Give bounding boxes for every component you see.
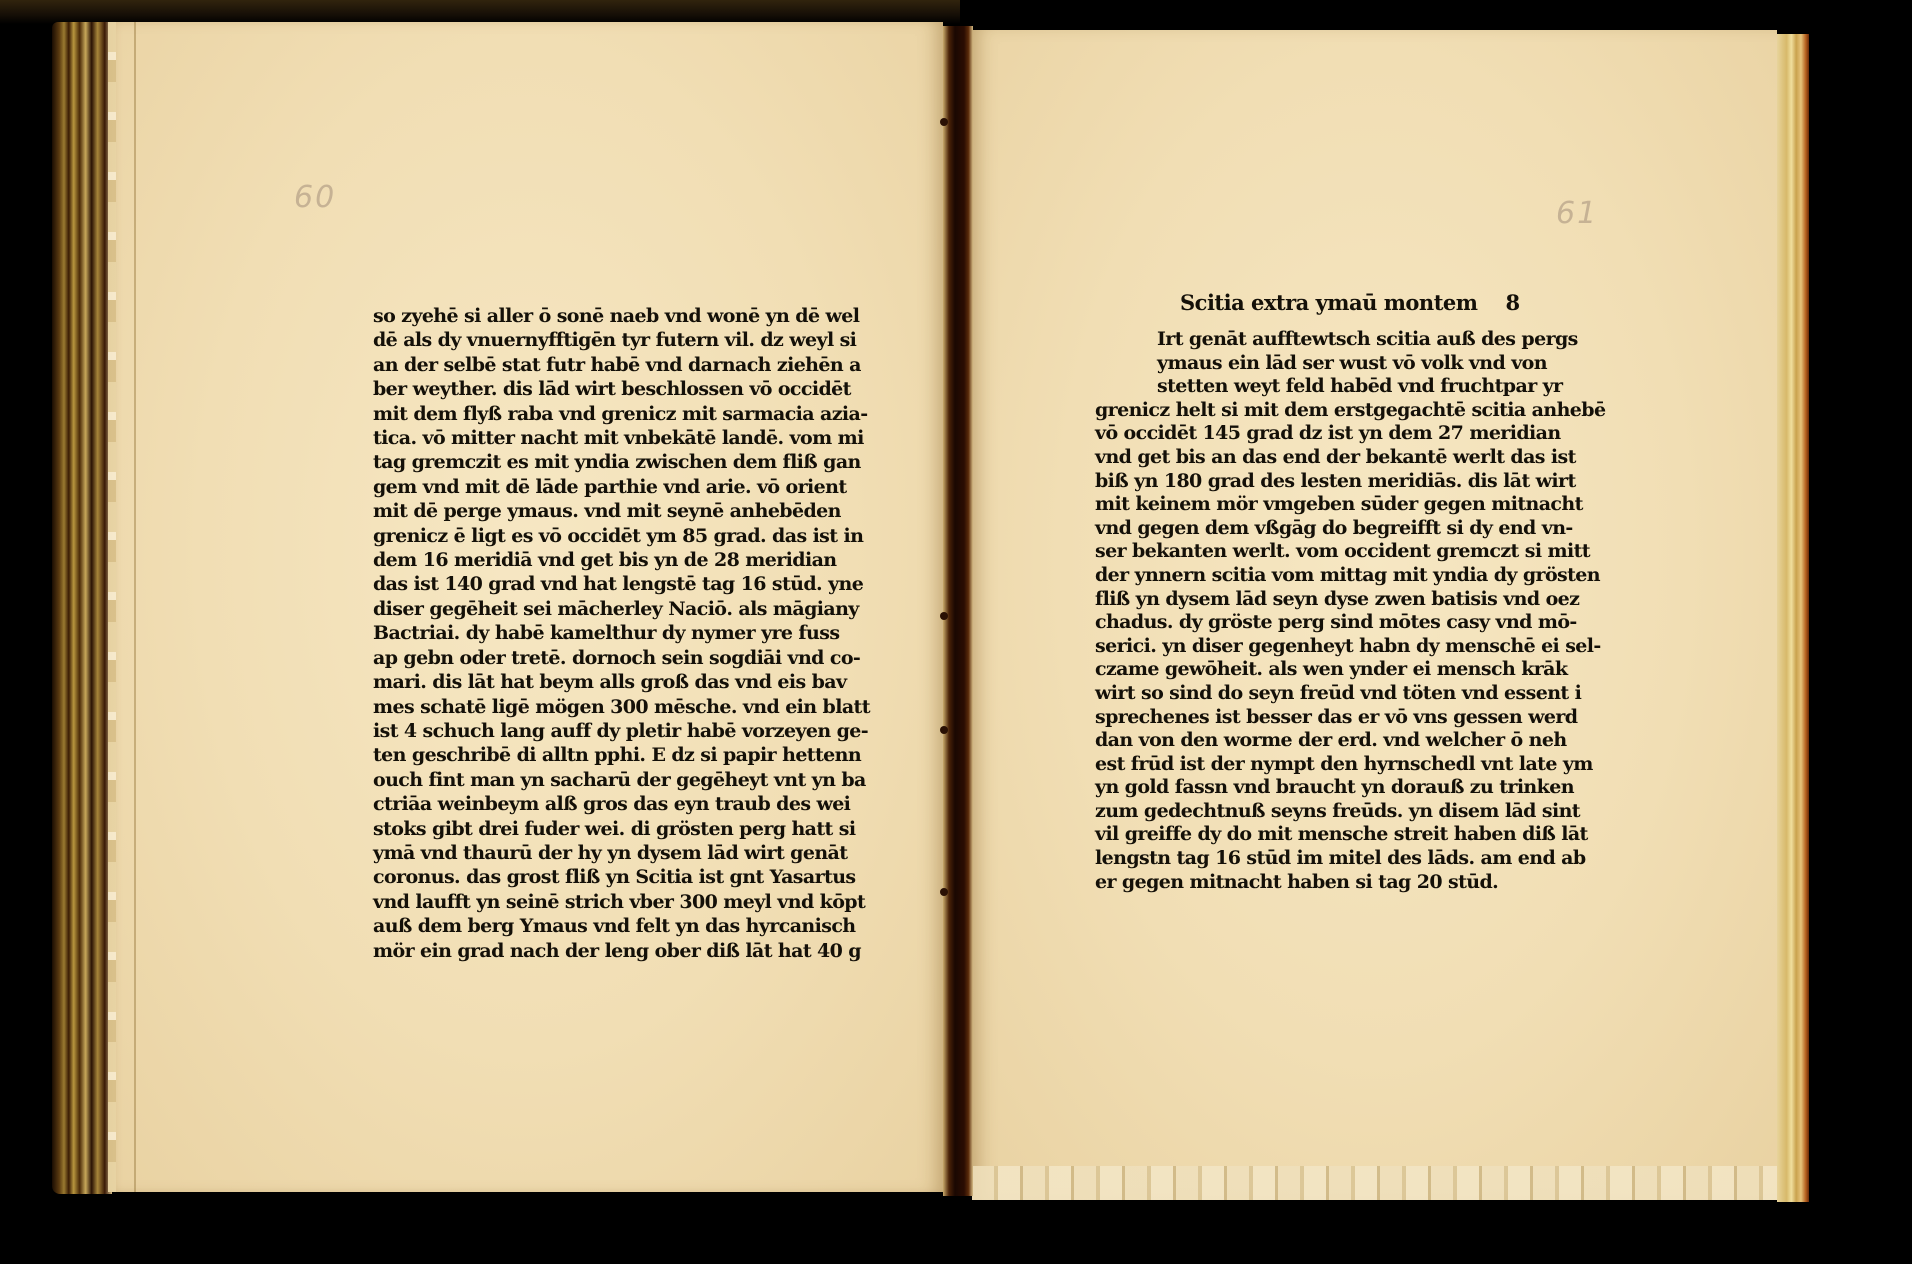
text-line: mit keinem mör vmgeben sūder gegen mitna… <box>1095 493 1507 517</box>
right-text-block: Irt genāt aufftewtsch scitia auß des per… <box>1095 328 1507 894</box>
right-bottom-deckle-edge <box>972 1166 1777 1200</box>
text-line: mes schatē ligē mögen 300 mēsche. vnd ei… <box>373 695 793 719</box>
left-edge-crease <box>134 22 136 1192</box>
text-line: er gegen mitnacht haben si tag 20 stūd. <box>1095 871 1507 895</box>
text-line: stetten weyt feld habēd vnd fruchtpar yr <box>1095 375 1507 399</box>
text-line: est frūd ist der nympt den hyrnschedl vn… <box>1095 753 1507 777</box>
text-line: ber weyther. dis lād wirt beschlossen vō… <box>373 377 793 401</box>
text-line: Irt genāt aufftewtsch scitia auß des per… <box>1095 328 1507 352</box>
text-line: der ynnern scitia vom mittag mit yndia d… <box>1095 564 1507 588</box>
text-line: ymā vnd thaurū der hy yn dysem lād wirt … <box>373 841 793 865</box>
text-line: biß yn 180 grad des lesten meridiās. dis… <box>1095 470 1507 494</box>
pencil-folio-left: 60 <box>294 180 336 215</box>
text-line: mari. dis lāt hat beym alls groß das vnd… <box>373 670 793 694</box>
text-line: czame gewōheit. als wen ynder ei mensch … <box>1095 658 1507 682</box>
text-line: vnd laufft yn seinē strich vber 300 meyl… <box>373 890 793 914</box>
text-line: vnd get bis an das end der bekantē werlt… <box>1095 446 1507 470</box>
text-line: gem vnd mit dē lāde parthie vnd arie. vō… <box>373 475 793 499</box>
left-text-block: so zyehē si aller ō sonē naeb vnd wonē y… <box>373 304 793 963</box>
text-line: ten geschribē di alltn pphi. E dz si pap… <box>373 743 793 767</box>
binding-stitch <box>940 118 948 126</box>
text-line: so zyehē si aller ō sonē naeb vnd wonē y… <box>373 304 793 328</box>
text-line: chadus. dy gröste perg sind mōtes casy v… <box>1095 611 1507 635</box>
text-line: tag gremczit es mit yndia zwischen dem f… <box>373 450 793 474</box>
text-line: wirt so sind do seyn freūd vnd töten vnd… <box>1095 682 1507 706</box>
text-line: ouch fint man yn sacharū der gegēheyt vn… <box>373 768 793 792</box>
text-line: fliß yn dysem lād seyn dyse zwen batisis… <box>1095 588 1507 612</box>
text-line: vō occidēt 145 grad dz ist yn dem 27 mer… <box>1095 422 1507 446</box>
text-line: lengstn tag 16 stūd im mitel des lāds. a… <box>1095 847 1507 871</box>
signature-number: 8 <box>1505 290 1519 315</box>
text-line: dem 16 meridiā vnd get bis yn de 28 meri… <box>373 548 793 572</box>
text-line: grenicz ē ligt es vō occidēt ym 85 grad.… <box>373 524 793 548</box>
binding-stitch <box>940 726 948 734</box>
text-line: vnd gegen dem vßgāg do begreifft si dy e… <box>1095 517 1507 541</box>
pencil-folio-right: 61 <box>1556 196 1598 231</box>
text-line: serici. yn diser gegenheyt habn dy mensc… <box>1095 635 1507 659</box>
text-line: an der selbē stat futr habē vnd darnach … <box>373 353 793 377</box>
text-line: vil greiffe dy do mit mensche streit hab… <box>1095 823 1507 847</box>
text-line: ser bekanten werlt. vom occident gremczt… <box>1095 540 1507 564</box>
book-photograph: 60 61 so zyehē si aller ō sonē naeb vnd … <box>0 0 1912 1264</box>
text-line: ctriāa weinbeym alß gros das eyn traub d… <box>373 792 793 816</box>
text-line: ap gebn oder tretē. dornoch sein sogdiāi… <box>373 646 793 670</box>
text-line: auß dem berg Ymaus vnd felt yn das hyrca… <box>373 914 793 938</box>
left-page-edges <box>52 22 112 1194</box>
text-line: grenicz helt si mit dem erstgegachtē sci… <box>1095 399 1507 423</box>
running-head-title: Scitia extra ymaū montem <box>1180 290 1477 315</box>
text-line: mit dē perge ymaus. vnd mit seynē anhebē… <box>373 499 793 523</box>
text-line: coronus. das grost fliß yn Scitia ist gn… <box>373 865 793 889</box>
top-shadow <box>0 0 960 24</box>
text-line: sprechenes ist besser das er vō vns gess… <box>1095 706 1507 730</box>
text-line: dē als dy vnuernyfftigēn tyr futern vil.… <box>373 328 793 352</box>
left-deckle-edge <box>108 22 116 1192</box>
text-line: dan von den worme der erd. vnd welcher ō… <box>1095 729 1507 753</box>
text-line: das ist 140 grad vnd hat lengstē tag 16 … <box>373 572 793 596</box>
text-line: tica. vō mitter nacht mit vnbekātē landē… <box>373 426 793 450</box>
binding-stitch <box>940 888 948 896</box>
text-line: ist 4 schuch lang auff dy pletir habē vo… <box>373 719 793 743</box>
right-page-edges <box>1777 34 1809 1202</box>
book-gutter <box>943 26 973 1196</box>
text-line: mör ein grad nach der leng ober diß lāt … <box>373 939 793 963</box>
running-head: Scitia extra ymaū montem8 <box>1180 290 1520 315</box>
text-line: stoks gibt drei fuder wei. di grösten pe… <box>373 817 793 841</box>
text-line: ymaus ein lād ser wust vō volk vnd von <box>1095 352 1507 376</box>
text-line: yn gold fassn vnd braucht yn dorauß zu t… <box>1095 776 1507 800</box>
text-line: Bactriai. dy habē kamelthur dy nymer yre… <box>373 621 793 645</box>
text-line: zum gedechtnuß seyns freūds. yn disem lā… <box>1095 800 1507 824</box>
text-line: mit dem flyß raba vnd grenicz mit sarmac… <box>373 402 793 426</box>
binding-stitch <box>940 612 948 620</box>
text-line: diser gegēheit sei mācherley Naciō. als … <box>373 597 793 621</box>
